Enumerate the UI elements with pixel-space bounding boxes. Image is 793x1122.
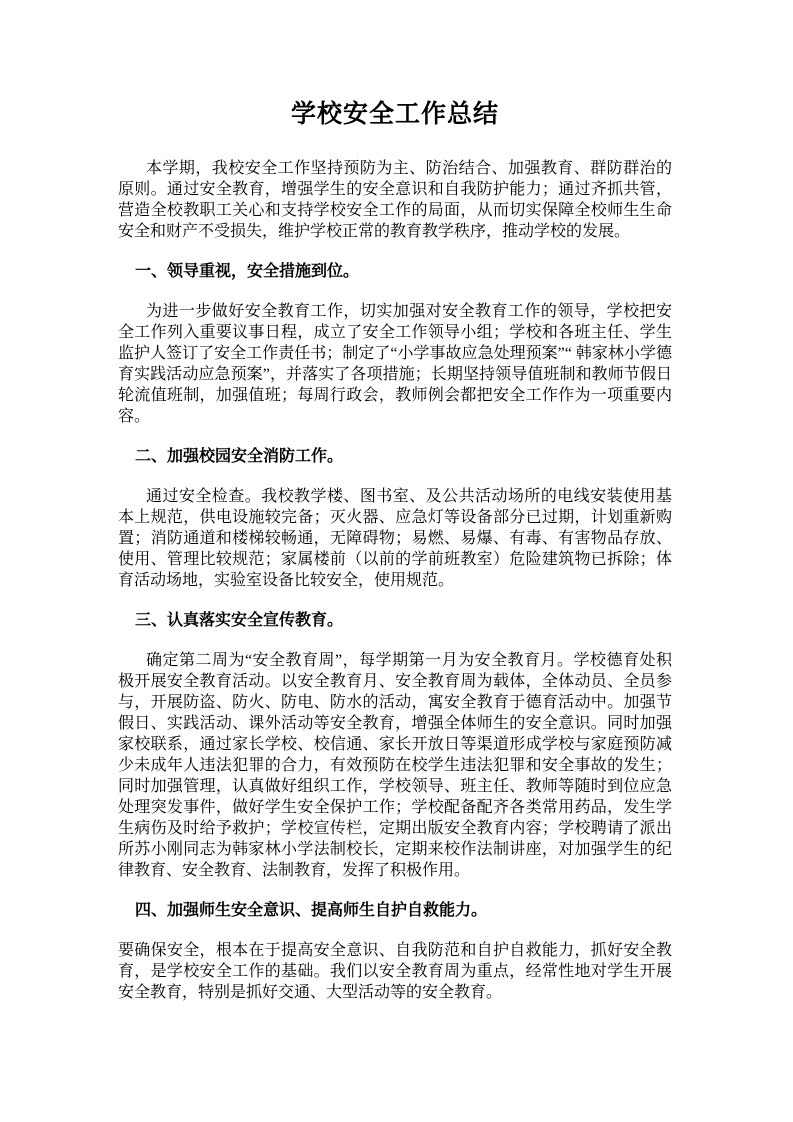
section-3-heading: 三、认真落实安全宣传教育。 xyxy=(118,610,672,631)
section-2-body: 通过安全检查。我校教学楼、图书室、及公共活动场所的电线安装使用基本上规范，供电设… xyxy=(118,486,672,591)
document-title: 学校安全工作总结 xyxy=(118,98,672,132)
section-4-heading: 四、加强师生安全意识、提高师生自护自救能力。 xyxy=(118,900,672,921)
section-1-heading: 一、领导重视，安全措施到位。 xyxy=(118,261,672,282)
section-4-body: 要确保安全，根本在于提高安全意识、自我防范和自护自救能力，抓好安全教育，是学校安… xyxy=(118,940,672,1003)
intro-paragraph: 本学期，我校安全工作坚持预防为主、防治结合、加强教育、群防群治的原则。通过安全教… xyxy=(118,158,672,242)
section-2-heading: 二、加强校园安全消防工作。 xyxy=(118,446,672,467)
section-1-body: 为进一步做好安全教育工作，切实加强对安全教育工作的领导，学校把安全工作列入重要议… xyxy=(118,301,672,427)
section-3-body: 确定第二周为“安全教育周”，每学期第一月为安全教育月。学校德育处积极开展安全教育… xyxy=(118,650,672,881)
document-page: 学校安全工作总结 本学期，我校安全工作坚持预防为主、防治结合、加强教育、群防群治… xyxy=(0,0,793,1122)
document-content: 学校安全工作总结 本学期，我校安全工作坚持预防为主、防治结合、加强教育、群防群治… xyxy=(0,0,793,1003)
